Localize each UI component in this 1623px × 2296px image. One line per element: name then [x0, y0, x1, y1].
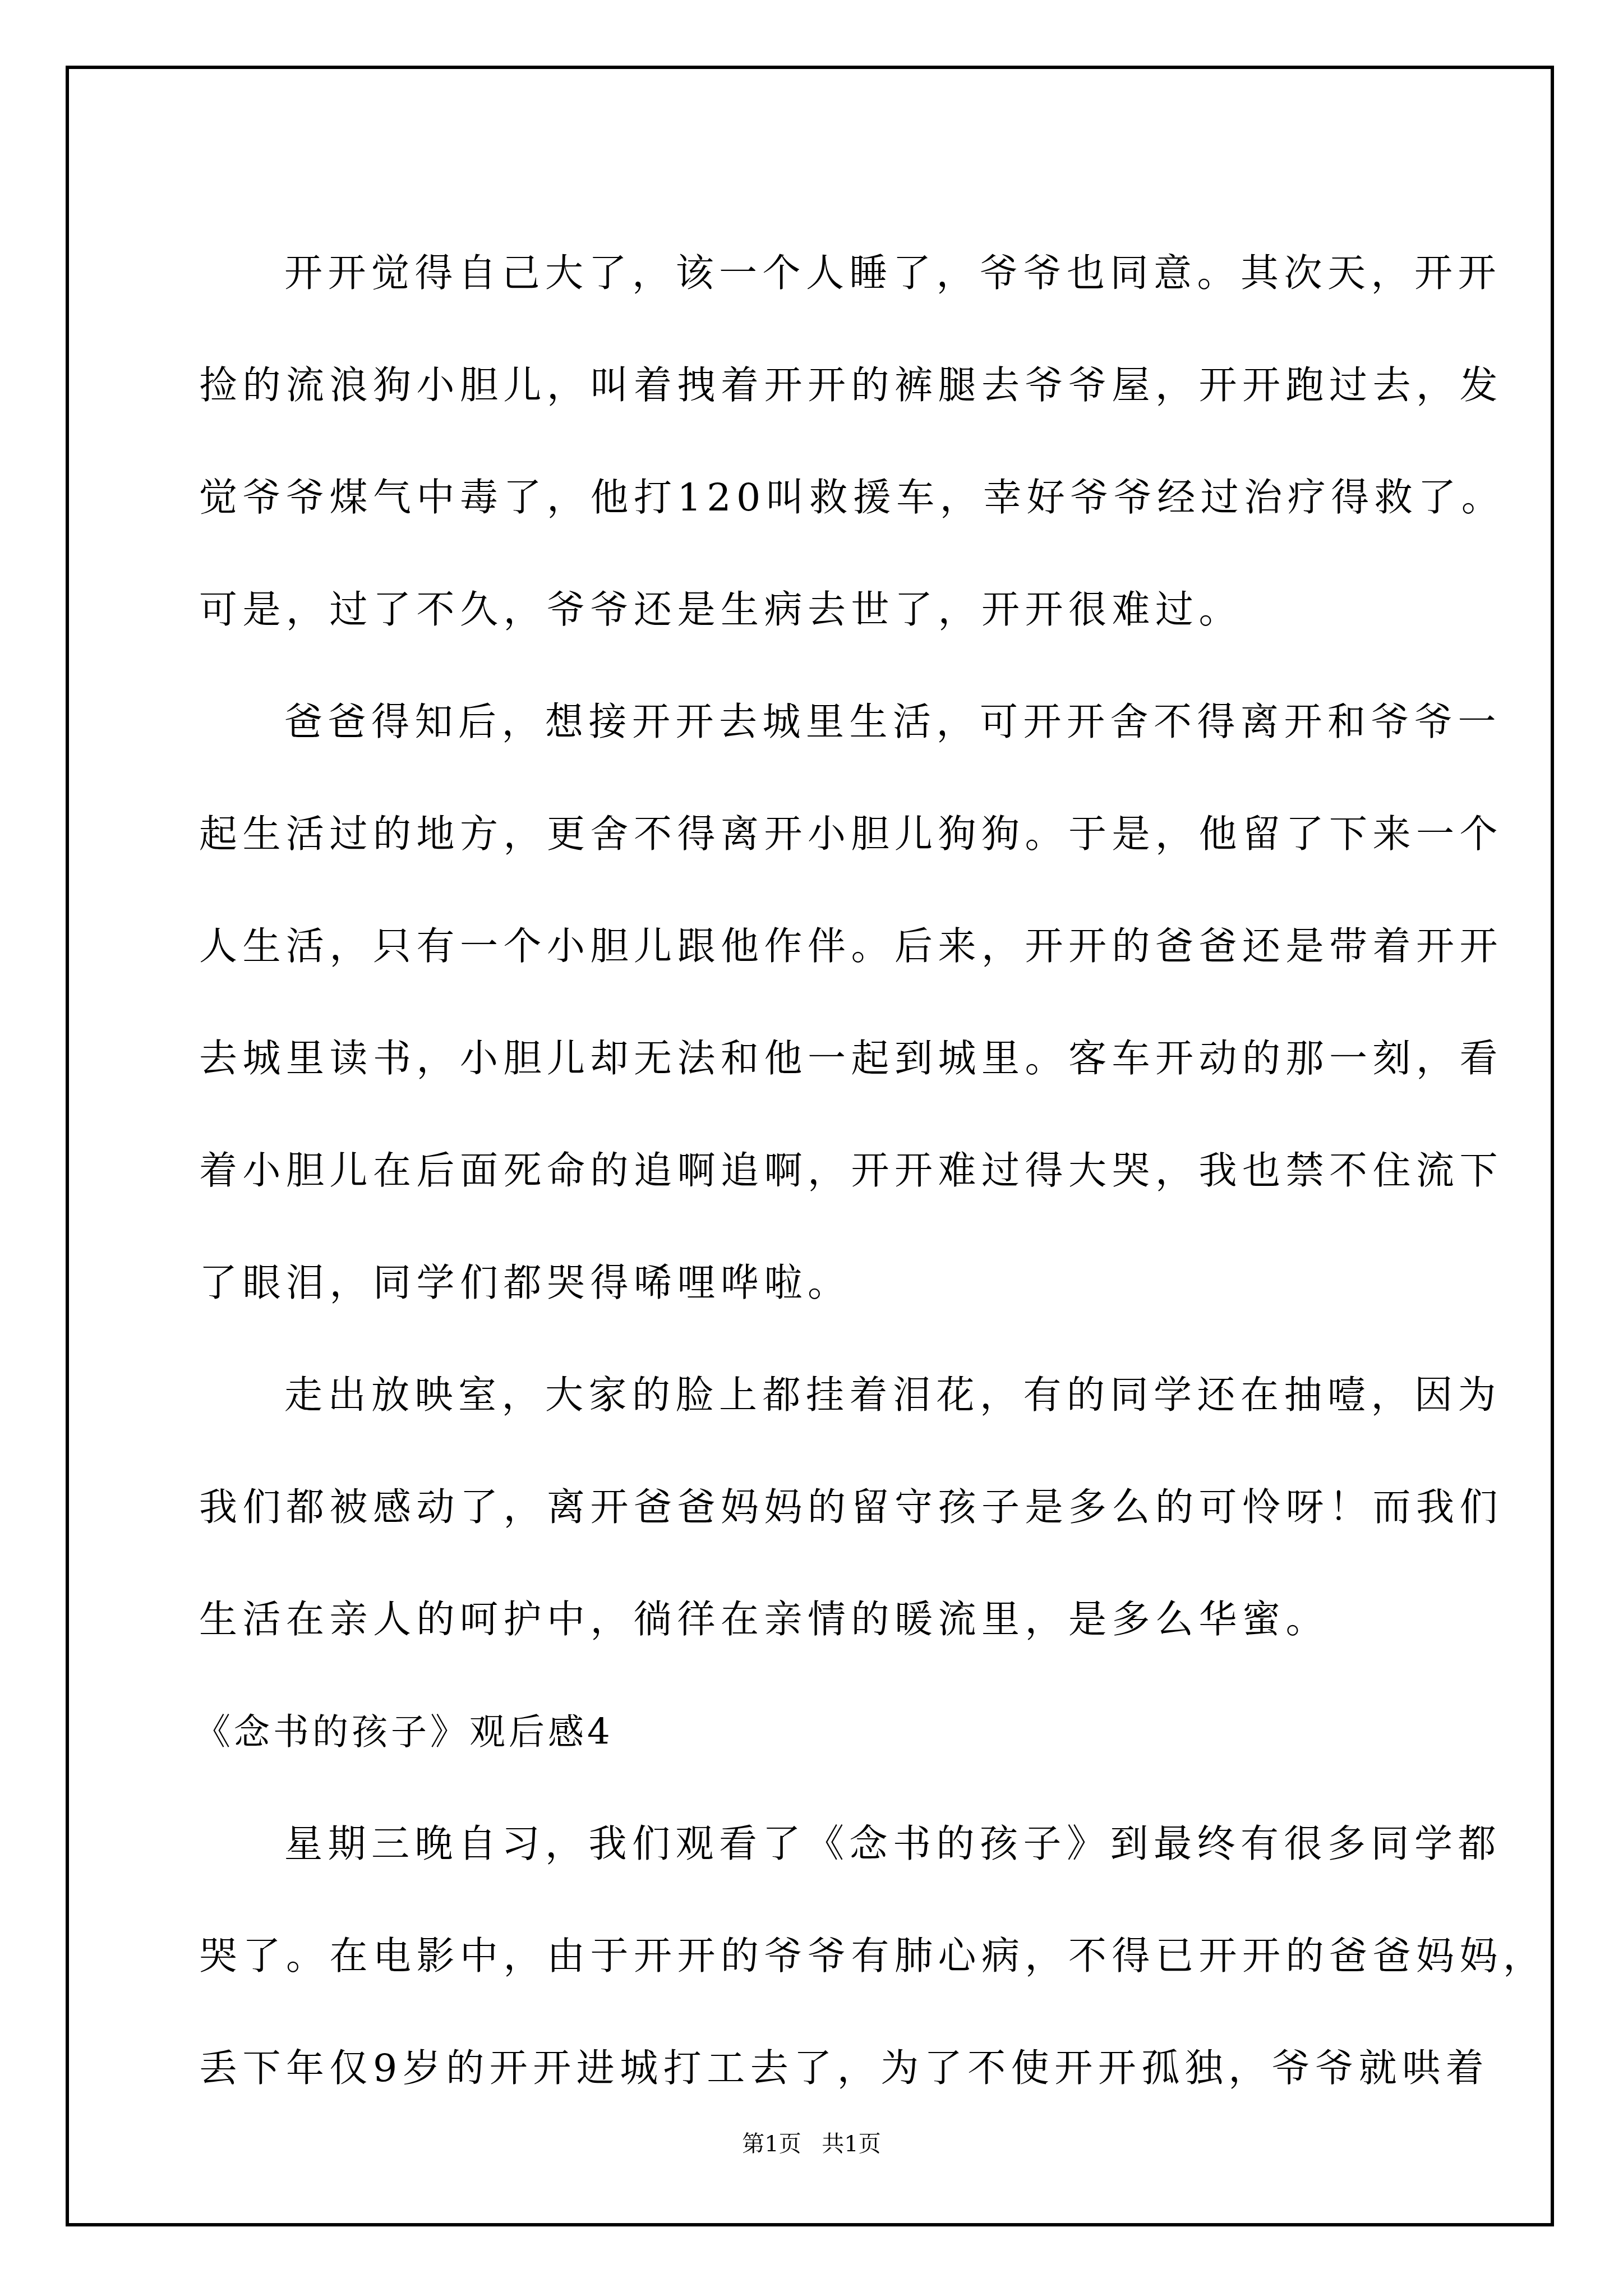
section-title: 《念书的孩子》观后感4	[195, 1676, 1433, 1788]
paragraph-1: 开开觉得自己大了，该一个人睡了，爷爷也同意。其次天，开开 捡的流浪狗小胆儿，叫着…	[199, 218, 1433, 666]
text-line: 我们都被感动了，离开爸爸妈妈的留守孩子是多么的可怜呀！而我们	[199, 1452, 1433, 1564]
text-line: 起生活过的地方，更舍不得离开小胆儿狗狗。于是，他留了下来一个	[199, 779, 1433, 891]
text-line: 可是，过了不久，爷爷还是生病去世了，开开很难过。	[199, 554, 1433, 666]
text-line: 去城里读书，小胆儿却无法和他一起到城里。客车开动的那一刻，看	[199, 1003, 1433, 1115]
text-line: 星期三晚自习，我们观看了《念书的孩子》到最终有很多同学都	[199, 1788, 1433, 1901]
text-line: 走出放映室，大家的脸上都挂着泪花，有的同学还在抽噎，因为	[199, 1340, 1433, 1452]
page-footer: 第1页 共1页	[0, 2126, 1623, 2158]
text-line: 人生活，只有一个小胆儿跟他作伴。后来，开开的爸爸还是带着开开	[199, 891, 1433, 1003]
paragraph-4: 星期三晚自习，我们观看了《念书的孩子》到最终有很多同学都 哭了。在电影中，由于开…	[199, 1788, 1433, 2125]
text-line: 着小胆儿在后面死命的追啊追啊，开开难过得大哭，我也禁不住流下	[199, 1115, 1433, 1227]
text-line: 捡的流浪狗小胆儿，叫着拽着开开的裤腿去爷爷屋，开开跑过去，发	[199, 330, 1433, 442]
text-line: 哭了。在电影中，由于开开的爷爷有肺心病，不得已开开的爸爸妈妈，	[199, 1901, 1433, 2013]
text-line: 爸爸得知后，想接开开去城里生活，可开开舍不得离开和爷爷一	[199, 666, 1433, 779]
text-line: 了眼泪，同学们都哭得唏哩哗啦。	[199, 1227, 1433, 1340]
text-line: 觉爷爷煤气中毒了，他打120叫救援车，幸好爷爷经过治疗得救了。	[199, 442, 1433, 554]
paragraph-3: 走出放映室，大家的脸上都挂着泪花，有的同学还在抽噎，因为 我们都被感动了，离开爸…	[199, 1340, 1433, 1676]
document-body: 开开觉得自己大了，该一个人睡了，爷爷也同意。其次天，开开 捡的流浪狗小胆儿，叫着…	[199, 218, 1433, 2125]
page-number: 第1页	[742, 2131, 801, 2157]
paragraph-2: 爸爸得知后，想接开开去城里生活，可开开舍不得离开和爷爷一 起生活过的地方，更舍不…	[199, 666, 1433, 1340]
text-line: 开开觉得自己大了，该一个人睡了，爷爷也同意。其次天，开开	[199, 218, 1433, 330]
text-line: 生活在亲人的呵护中，徜徉在亲情的暖流里，是多么华蜜。	[199, 1564, 1433, 1676]
page-total: 共1页	[822, 2131, 880, 2157]
text-line: 丢下年仅9岁的开开进城打工去了，为了不使开开孤独，爷爷就哄着	[199, 2013, 1433, 2125]
